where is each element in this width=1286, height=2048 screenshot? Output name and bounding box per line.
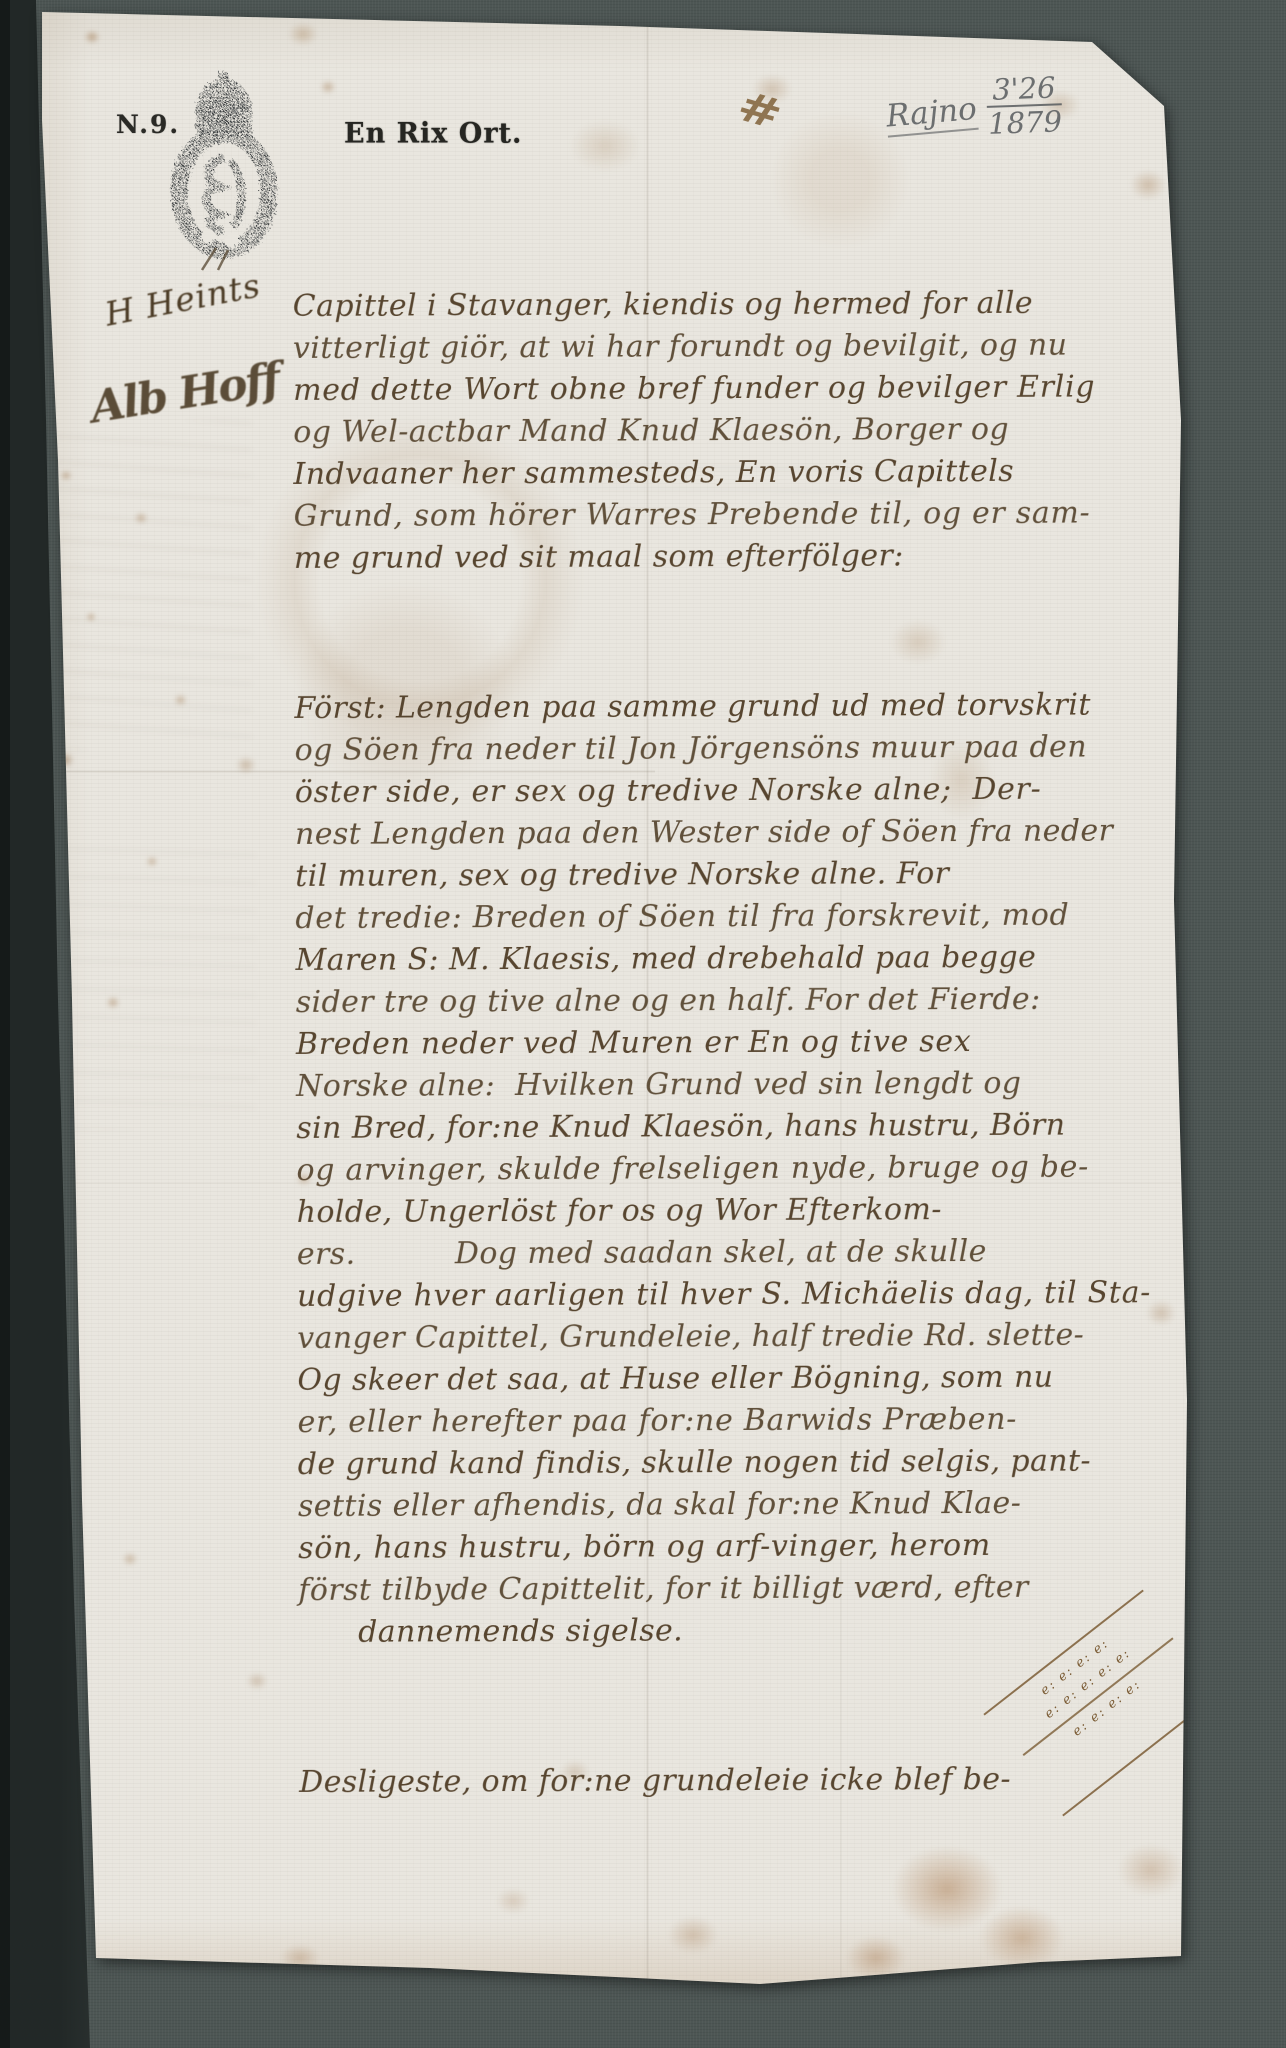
- manuscript-line: ers. Dog med saadan skel, at de skulle: [297, 1230, 1187, 1276]
- crowned-seal-stamp: [158, 66, 290, 271]
- stain: [122, 1552, 138, 1566]
- manuscript-line: Först: Lengden paa samme grund ud med to…: [294, 684, 1184, 730]
- manuscript-line: det tredie: Breden of Söen til fra forsk…: [295, 894, 1185, 940]
- manuscript-line: sön, hans hustru, börn og arf-vinger, he…: [298, 1524, 1188, 1570]
- bleedthrough-smudge: [52, 420, 252, 750]
- manuscript-line: og Söen fra neder til Jon Jörgensöns muu…: [295, 726, 1185, 772]
- stain: [134, 512, 148, 524]
- stain: [320, 80, 336, 94]
- manuscript-line: Capittel i Stavanger, kiendis og hermed …: [293, 282, 1183, 328]
- manuscript-line: Og skeer det saa, at Huse eller Bögning,…: [297, 1356, 1187, 1402]
- manuscript-line: först tilbyde Capittelit, for it billigt…: [298, 1566, 1188, 1612]
- stain: [246, 1672, 268, 1690]
- stain: [668, 1916, 718, 1954]
- bleedthrough-smudge: [66, 830, 256, 1130]
- stain: [56, 752, 74, 768]
- stain: [86, 612, 96, 622]
- manuscript-line: Indvaaner her sammesteds, En voris Capit…: [293, 450, 1183, 496]
- manuscript-line: og Wel-actbar Mand Knud Klaesön, Borger …: [293, 408, 1183, 454]
- manuscript-paragraph: Capittel i Stavanger, kiendis og hermed …: [293, 282, 1184, 580]
- marginal-signature: H Heints: [102, 265, 264, 333]
- manuscript-line: sider tre og tive alne og en half. For d…: [296, 978, 1186, 1024]
- manuscript-line: Maren S: M. Klaesis, med drebehald paa b…: [295, 936, 1185, 982]
- manuscript-line: me grund ved sit maal som efterfölger:: [294, 534, 1184, 580]
- manuscript-paragraph: Först: Lengden paa samme grund ud med to…: [294, 684, 1188, 1654]
- stain: [174, 694, 187, 706]
- paper-sheet-wrap: N.9.: [0, 0, 1286, 2048]
- stain: [846, 1936, 906, 1980]
- manuscript-line: udgive hver aarligen til hver S. Michäel…: [297, 1272, 1187, 1318]
- stain: [980, 1906, 1064, 1970]
- manuscript-line: vitterligt giör, at wi har forundt og be…: [293, 324, 1183, 370]
- stain: [236, 756, 256, 774]
- archive-reference-word: Rajno: [885, 91, 979, 138]
- manuscript-paper: N.9.: [0, 0, 1286, 2048]
- manuscript-line: nest Lengden paa den Wester side of Söen…: [295, 810, 1185, 856]
- manuscript-line: til muren, sex og tredive Norske alne. F…: [295, 852, 1185, 898]
- manuscript-line: settis eller afhendis, da skal for:ne Kn…: [298, 1482, 1188, 1528]
- manuscript-line: de grund kand findis, skulle nogen tid s…: [298, 1440, 1188, 1486]
- hash-mark: #: [732, 81, 787, 140]
- manuscript-line: med dette Wort obne bref funder og bevil…: [293, 366, 1183, 412]
- manuscript-line: vanger Capittel, Grundeleie, half tredie…: [297, 1314, 1187, 1360]
- marginal-signature: Alb Hoff: [87, 353, 282, 433]
- stain: [84, 30, 100, 44]
- archival-scan: { "page": { "stamp_number": "N.9.", "den…: [0, 0, 1286, 2048]
- manuscript-line: dannemends sigelse.: [298, 1608, 1188, 1654]
- manuscript-text: Capittel i Stavanger, kiendis og hermed …: [292, 198, 1189, 1912]
- manuscript-line: Breden neder ved Muren er En og tive sex: [296, 1020, 1186, 1066]
- stain: [288, 22, 318, 46]
- archive-reference-fraction: 3'261879: [985, 72, 1063, 139]
- manuscript-line: holde, Ungerlöst for os og Wor Efterkom-: [297, 1188, 1187, 1234]
- stain: [146, 856, 158, 867]
- denomination-label: En Rix Ort.: [344, 117, 522, 150]
- manuscript-line: og arvinger, skulde frelseligen nyde, br…: [296, 1146, 1186, 1192]
- manuscript-line: er, eller herefter paa for:ne Barwids Pr…: [298, 1398, 1188, 1444]
- manuscript-line: öster side, er sex og tredive Norske aln…: [295, 768, 1185, 814]
- stain: [1130, 170, 1166, 200]
- stain: [570, 120, 640, 172]
- manuscript-line: sin Bred, for:ne Knud Klaesön, hans hust…: [296, 1104, 1186, 1150]
- stain: [106, 996, 120, 1009]
- manuscript-line: Norske alne: Hvilken Grund ved sin lengd…: [296, 1062, 1186, 1108]
- archive-reference: Rajno3'261879: [884, 70, 1065, 150]
- stain: [280, 1944, 320, 1972]
- manuscript-line: Grund, som hörer Warres Prebende til, og…: [294, 492, 1184, 538]
- stain: [60, 470, 72, 481]
